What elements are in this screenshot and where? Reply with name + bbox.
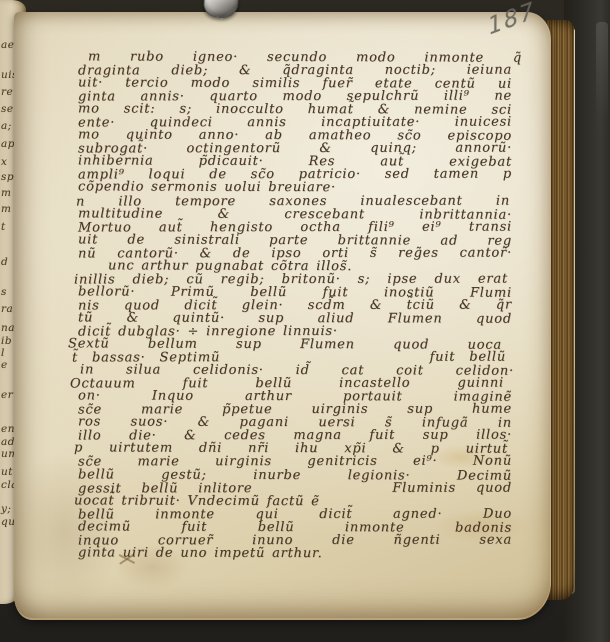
facing-page-text-fragment: y; [1, 504, 11, 514]
facing-page-text-fragment: a; [1, 121, 12, 131]
facing-page-text-fragment: re [1, 87, 13, 97]
facing-page-text-fragment: m [1, 204, 11, 214]
facing-page-text-fragment: s [1, 287, 7, 297]
facing-page-text-fragment: sp [1, 172, 14, 182]
manuscript-text-block: m rubo igneo· secundo modo inmonte q̃dra… [78, 51, 512, 560]
facing-page-text-fragment: ap [1, 139, 15, 149]
facing-page-text-fragment: ib [1, 336, 12, 346]
facing-page-text-fragment: m [1, 188, 11, 198]
manuscript-line: ginta uiri de uno impetũ arthur. [78, 546, 512, 560]
parchment-page: m rubo igneo· secundo modo inmonte q̃dra… [14, 12, 551, 620]
book-cover-edge-highlight [596, 22, 608, 142]
facing-page-text-fragment: ad [1, 437, 15, 447]
facing-page-text-fragment: t [1, 222, 6, 232]
facing-page-text-fragment: x [1, 157, 7, 167]
facing-page-text-fragment: ra [1, 304, 13, 314]
manuscript-photo: aeuisreseua;apxspmmtdsranaibleerenadumut… [0, 0, 610, 642]
facing-page-text-fragment: ut [1, 467, 13, 477]
facing-page-text-fragment: en [1, 424, 15, 434]
facing-page-text-fragment: na [1, 323, 15, 333]
facing-page-text-fragment: e [1, 360, 8, 370]
facing-page-text-fragment: ae [1, 40, 14, 50]
facing-page-text-fragment: er [1, 390, 13, 400]
facing-page-text-fragment: d [1, 257, 8, 267]
facing-page-text-fragment: l [1, 348, 5, 358]
